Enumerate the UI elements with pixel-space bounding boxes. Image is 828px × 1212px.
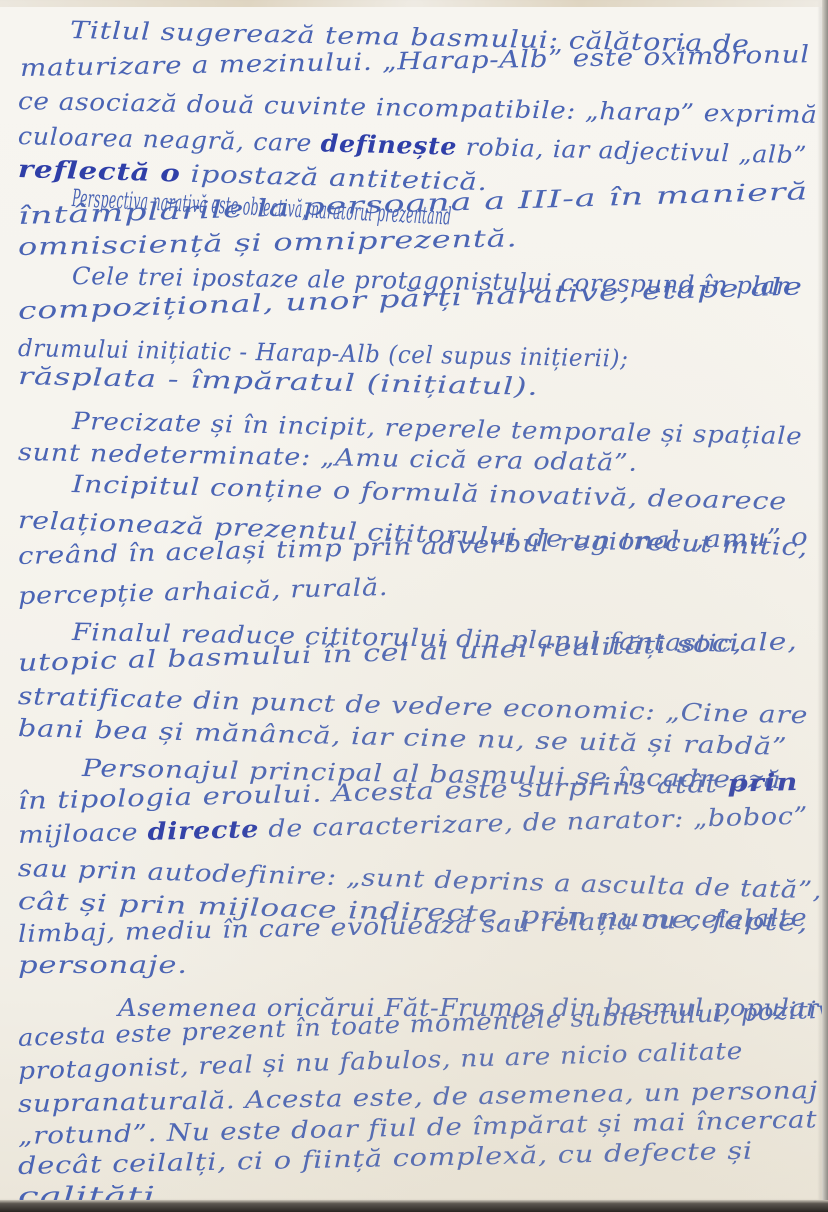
- line-text: omnisciență și omniprezentă.: [18, 224, 518, 261]
- handwritten-line: Incipitul conține o formulă inovativă, d…: [72, 472, 787, 513]
- line-text: Incipitul conține o formulă inovativă, d…: [72, 470, 788, 515]
- notebook-page: Titlul sugerează tema basmului: călători…: [0, 0, 822, 1200]
- handwritten-line: percepție arhaică, rurală.: [18, 575, 389, 608]
- emphasized-word: prin: [727, 767, 798, 798]
- handwritten-line: personaje.: [18, 953, 188, 977]
- line-text: percepție arhaică, rurală.: [18, 573, 389, 610]
- handwritten-line: calități.: [18, 1184, 169, 1200]
- emphasized-word: o: [160, 158, 181, 188]
- handwritten-line: sunt nedeterminate: „Amu cică era odată”…: [18, 440, 638, 475]
- line-text: personaje.: [18, 951, 188, 979]
- handwritten-line: omnisciență și omniprezentă.: [18, 226, 518, 259]
- line-text: robia, iar adjectivul „alb”: [457, 133, 808, 170]
- page-top-edge: [0, 0, 822, 7]
- line-text: maturizare a mezinului. „Harap-Alb” este…: [20, 40, 810, 82]
- page-bottom-edge: [0, 1200, 828, 1212]
- emphasized-word: definește: [320, 128, 457, 160]
- emphasized-word: directe: [147, 814, 259, 846]
- line-text: calități.: [18, 1182, 169, 1200]
- handwritten-line: ce asociază două cuvinte incompatibile: …: [18, 89, 818, 127]
- line-text: de caracterizare, de narator: „boboc”: [259, 802, 809, 843]
- line-text: culoarea neagră, care: [18, 122, 321, 157]
- line-text: ce asociază două cuvinte incompatibile: …: [18, 87, 818, 129]
- emphasized-word: reflectă: [18, 154, 151, 187]
- line-text: mijloace: [18, 818, 148, 849]
- handwritten-line: maturizare a mezinului. „Harap-Alb” este…: [20, 42, 810, 80]
- page-right-edge: [822, 0, 828, 1212]
